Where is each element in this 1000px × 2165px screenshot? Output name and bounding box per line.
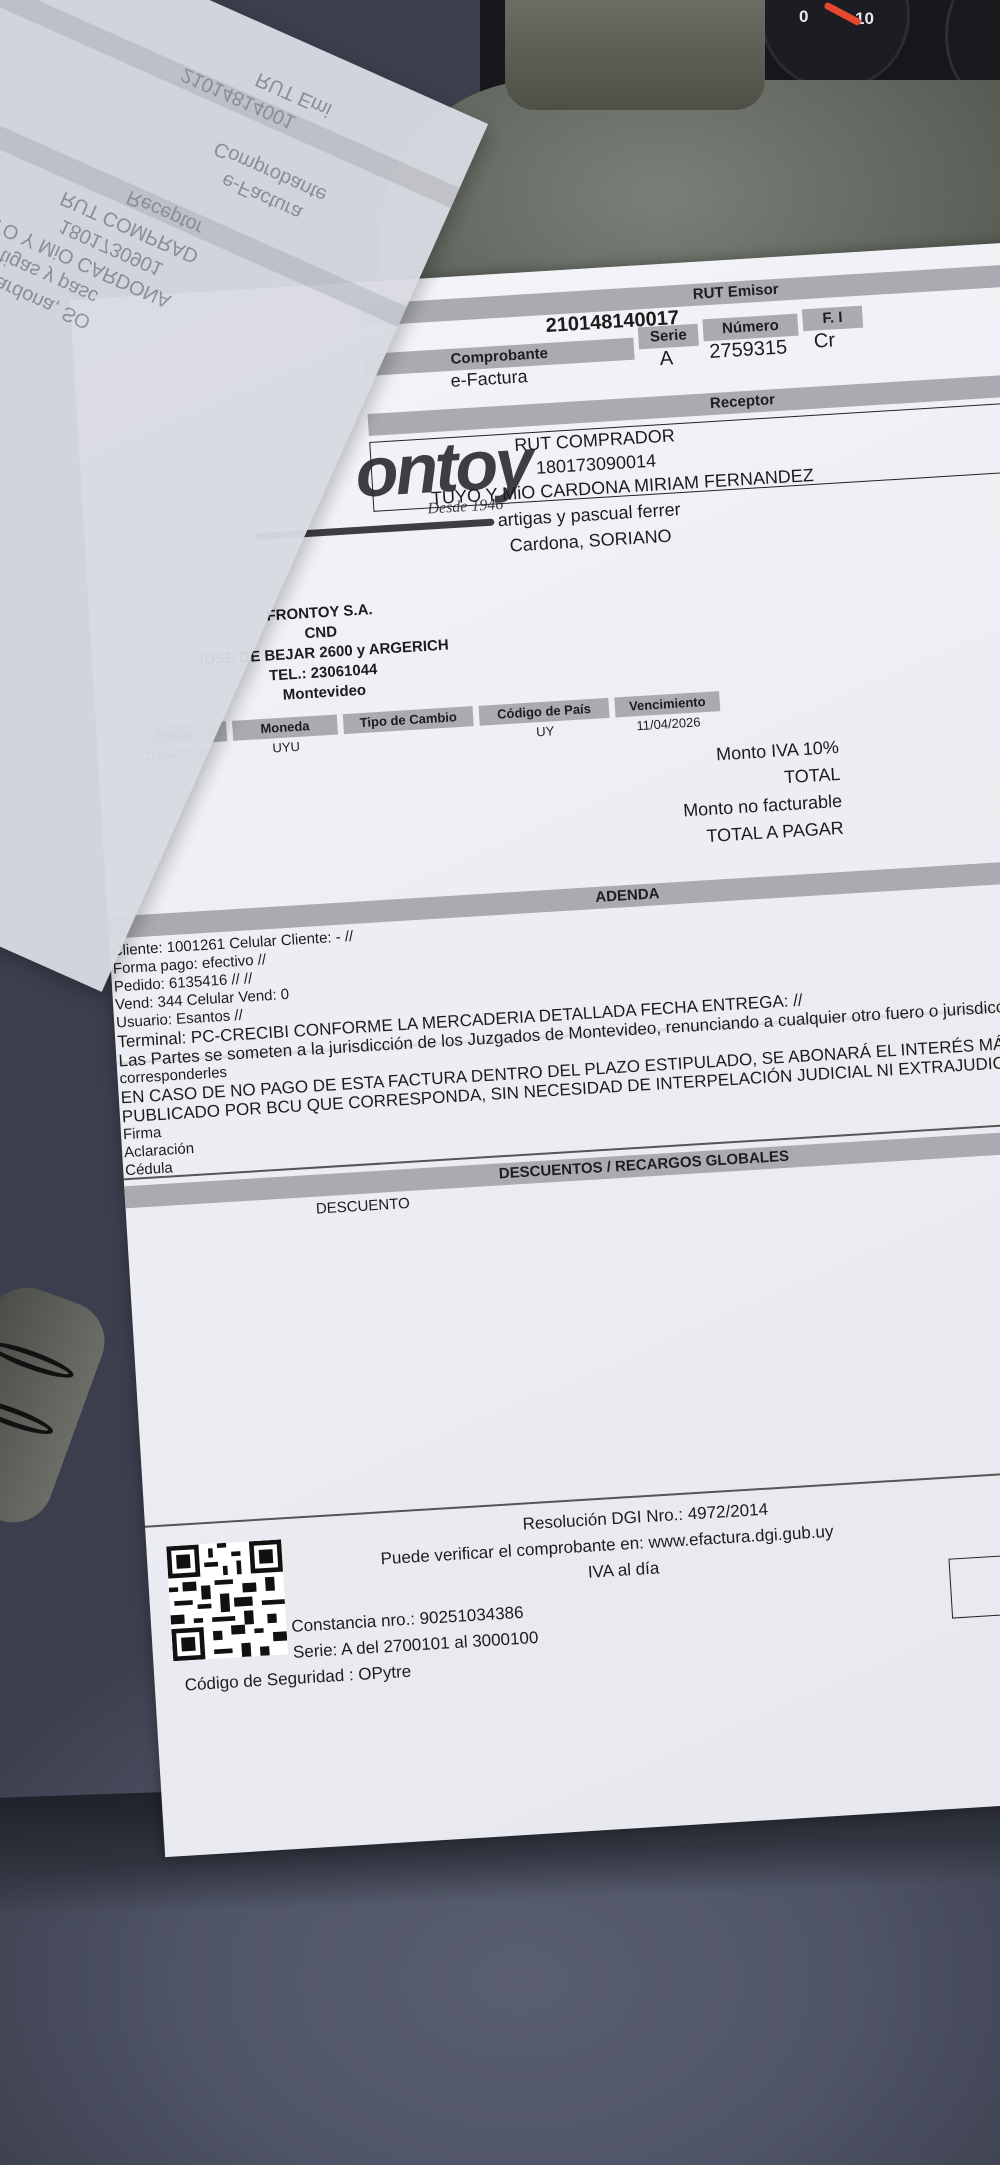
buckle-ring bbox=[0, 1393, 56, 1441]
meta-col-vencimiento: Vencimiento 11/04/2026 bbox=[614, 691, 721, 737]
fecha-venc-label: Fecha de Ve bbox=[950, 1551, 1000, 1589]
numero-value: 2759315 bbox=[709, 336, 788, 364]
meta-col-codigo-pais: Código de País UY bbox=[479, 698, 611, 746]
fecha-vencimiento-box: Fecha de Ve 03/02/ bbox=[948, 1544, 1000, 1619]
gauge-tick: 0 bbox=[799, 7, 808, 27]
buckle-ring bbox=[0, 1336, 76, 1384]
seat-bracket bbox=[505, 0, 765, 110]
forma-header: F. I bbox=[802, 306, 863, 332]
forma-value: Cr bbox=[813, 329, 835, 353]
discount-column-label: DESCUENTO bbox=[315, 1195, 410, 1218]
totals-block: Monto IVA 10% TOTAL Monto no facturable … bbox=[638, 734, 844, 854]
comprobante-value: e-Factura bbox=[450, 366, 528, 392]
serie-value: A bbox=[659, 347, 674, 371]
serie-header: Serie bbox=[638, 324, 699, 350]
qr-code-icon bbox=[166, 1539, 288, 1661]
meta-col-moneda: Moneda UYU bbox=[232, 714, 339, 760]
security-code: Código de Seguridad : OPytre bbox=[184, 1662, 412, 1696]
meta-col-tipo-cambio: Tipo de Cambio bbox=[343, 706, 475, 754]
